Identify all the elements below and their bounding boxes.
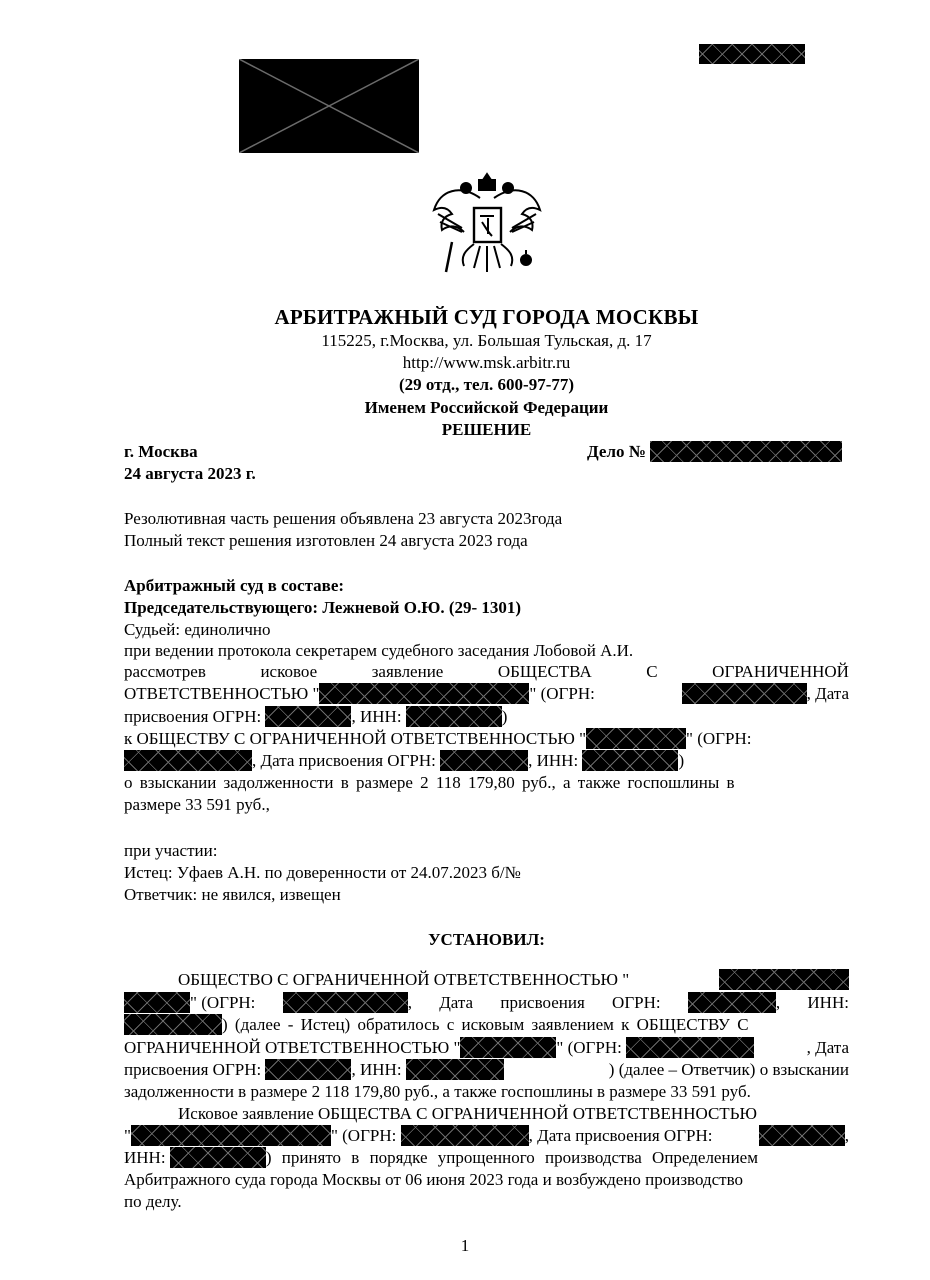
participation-heading: при участии: [124, 840, 849, 862]
redacted-case-number [650, 441, 842, 462]
redacted-plaintiff-ogrn-2 [283, 992, 408, 1013]
redacted-plaintiff-name-2b [124, 992, 190, 1013]
p1-line-5: присвоения ОГРН: , ИНН: ) (далее – Ответ… [124, 1059, 849, 1081]
redacted-defendant-name-2 [460, 1037, 556, 1058]
claim-line-5: , Дата присвоения ОГРН: , ИНН: ) [124, 750, 849, 772]
in-the-name: Именем Российской Федерации [124, 397, 849, 419]
p1-line-1: ОБЩЕСТВО С ОГРАНИЧЕННОЙ ОТВЕТСТВЕННОСТЬЮ… [178, 969, 849, 991]
redacted-plaintiff-ogrn-date-3 [759, 1125, 845, 1146]
redacted-defendant-name [586, 728, 686, 749]
composition-heading: Арбитражный суд в составе: [124, 575, 849, 597]
redacted-defendant-ogrn [124, 750, 252, 771]
p2-line-4: Арбитражного суда города Москвы от 06 ию… [124, 1169, 849, 1191]
claim-line-1: рассмотрев исковое заявление ОБЩЕСТВА С … [124, 661, 849, 683]
p1-line-3: ) (далее - Истец) обратилось с исковым з… [124, 1014, 849, 1036]
claim-line-2: ОТВЕТСТВЕННОСТЬЮ "" (ОГРН: , Дата [124, 683, 849, 705]
p2-line-1: Исковое заявление ОБЩЕСТВА С ОГРАНИЧЕННО… [178, 1103, 849, 1125]
p1-line-2: " (ОГРН: , Дата присвоения ОГРН: , ИНН: [124, 992, 849, 1014]
redacted-plaintiff-inn [406, 706, 502, 727]
russian-coat-of-arms-icon [430, 170, 545, 282]
p2-line-2: "" (ОГРН: , Дата присвоения ОГРН: , [124, 1125, 849, 1147]
court-address: 115225, г.Москва, ул. Большая Тульская, … [124, 330, 849, 352]
redacted-defendant-inn [582, 750, 678, 771]
redacted-header-number [699, 44, 805, 64]
page-number: 1 [0, 1236, 930, 1256]
claim-line-7: размере 33 591 руб., [124, 794, 849, 816]
claim-line-4: к ОБЩЕСТВУ С ОГРАНИЧЕННОЙ ОТВЕТСТВЕННОСТ… [124, 728, 849, 750]
case-number: Дело № [587, 441, 842, 463]
court-website[interactable]: http://www.msk.arbitr.ru [124, 352, 849, 374]
p1-line-6: задолженности в размере 2 118 179,80 руб… [124, 1081, 849, 1103]
judge-line: Судьей: единолично [124, 619, 849, 641]
redacted-plaintiff-ogrn-3 [401, 1125, 529, 1146]
court-name: АРБИТРАЖНЫЙ СУД ГОРОДА МОСКВЫ [124, 306, 849, 328]
redacted-defendant-inn-2 [406, 1059, 504, 1080]
presiding-judge: Председательствующего: Лежневой О.Ю. (29… [124, 597, 849, 619]
redacted-logo [239, 59, 419, 153]
plaintiff-representative: Истец: Уфаев А.Н. по доверенности от 24.… [124, 862, 849, 884]
resolution-announced: Резолютивная часть решения объявлена 23 … [124, 508, 849, 530]
p1-line-4: ОГРАНИЧЕННОЙ ОТВЕТСТВЕННОСТЬЮ "" (ОГРН: … [124, 1037, 849, 1059]
claim-line-6: о взыскании задолженности в размере 2 11… [124, 772, 849, 794]
established-heading: УСТАНОВИЛ: [124, 929, 849, 951]
p2-line-3: ИНН: ) принято в порядке упрощенного про… [124, 1147, 849, 1169]
department-info: (29 отд., тел. 600-97-77) [124, 374, 849, 396]
redacted-defendant-ogrn-date [440, 750, 528, 771]
full-text-made: Полный текст решения изготовлен 24 авгус… [124, 530, 849, 552]
p2-line-5: по делу. [124, 1191, 849, 1213]
redacted-plaintiff-name [319, 683, 529, 704]
redacted-defendant-ogrn-date-2 [265, 1059, 351, 1080]
redacted-defendant-ogrn-2 [626, 1037, 754, 1058]
redacted-plaintiff-name-2a [719, 969, 849, 990]
defendant-status: Ответчик: не явился, извещен [124, 884, 849, 906]
redacted-plaintiff-inn-2 [124, 1014, 222, 1035]
claim-line-3: присвоения ОГРН: , ИНН: ) [124, 706, 849, 728]
redacted-plaintiff-ogrn-date-2 [688, 992, 776, 1013]
redacted-plaintiff-name-3 [131, 1125, 331, 1146]
secretary-line: при ведении протокола секретарем судебно… [124, 640, 849, 662]
redacted-plaintiff-ogrn [682, 683, 807, 704]
case-label: Дело № [587, 442, 646, 461]
decision-date: 24 августа 2023 г. [124, 463, 849, 485]
redacted-plaintiff-inn-3 [170, 1147, 266, 1168]
redacted-plaintiff-ogrn-date [265, 706, 351, 727]
document-page: АРБИТРАЖНЫЙ СУД ГОРОДА МОСКВЫ 115225, г.… [0, 0, 930, 1280]
document-type: РЕШЕНИЕ [124, 419, 849, 441]
